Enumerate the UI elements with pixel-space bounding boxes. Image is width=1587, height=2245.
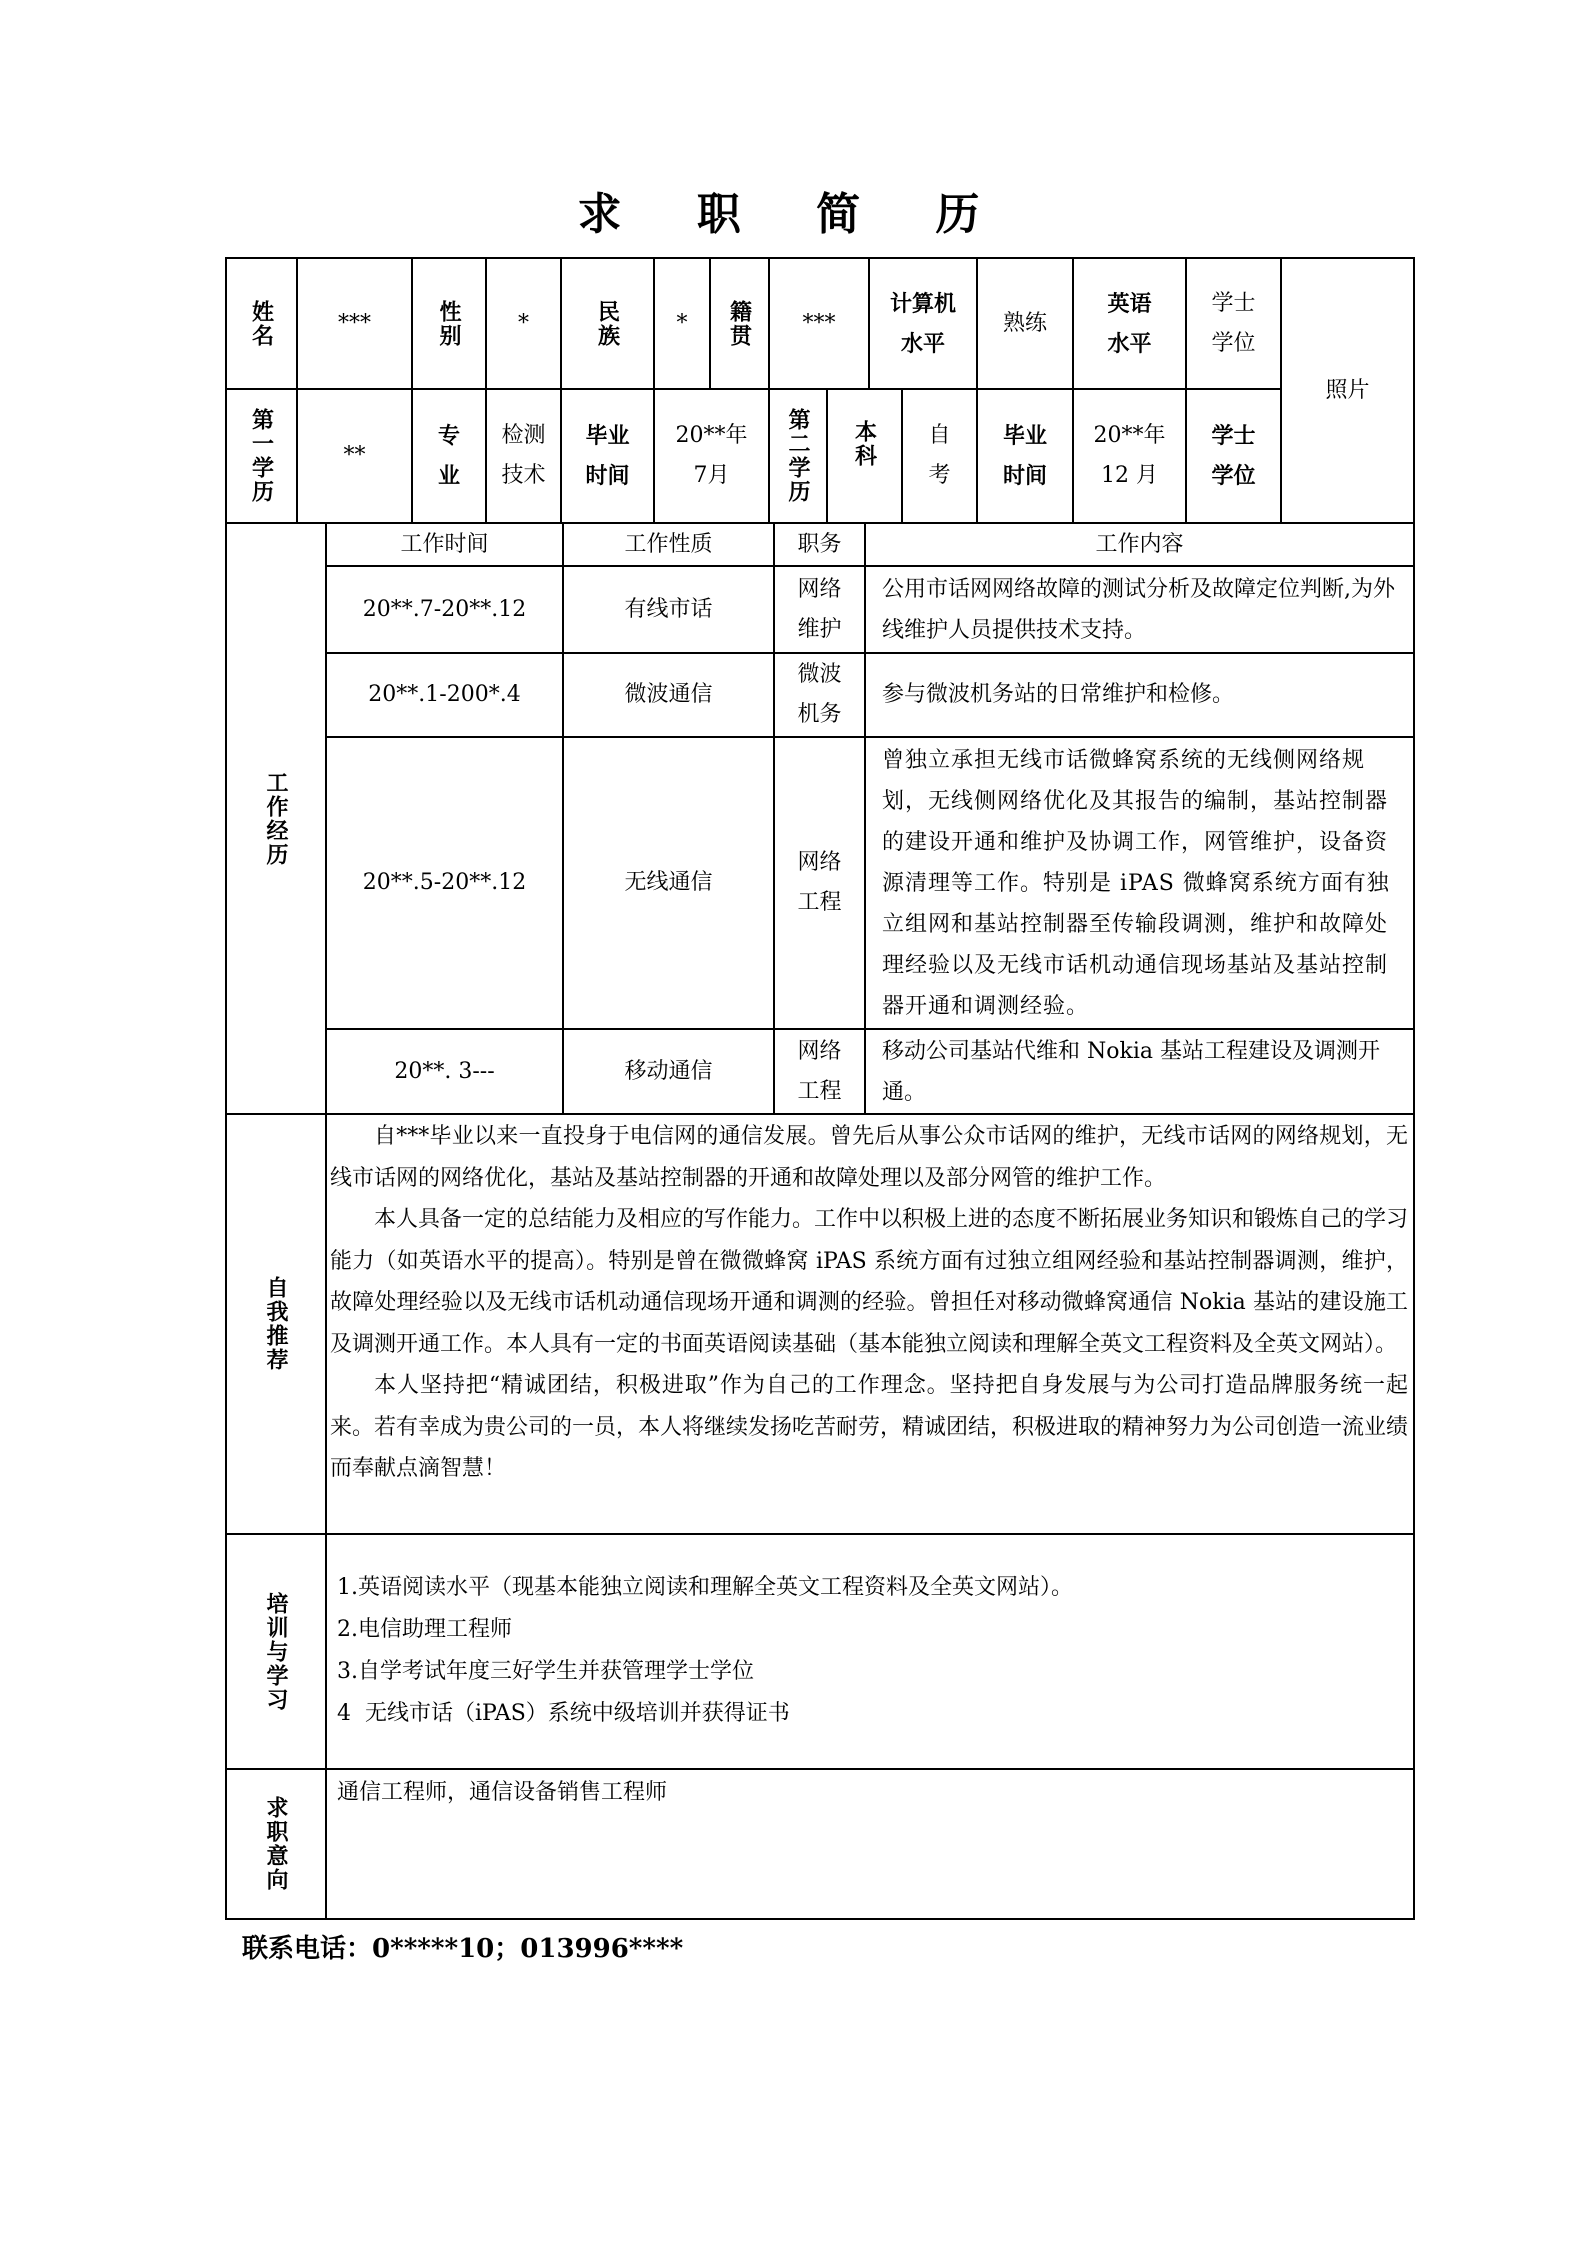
- first-education-value: **: [298, 390, 411, 522]
- degree2-line2: 学位: [1211, 456, 1255, 496]
- header-role: 职务: [775, 524, 864, 565]
- list-item: 4 无线市话（iPAS）系统中级培训并获得证书: [337, 1693, 1407, 1735]
- degree2-line1: 学士: [1211, 416, 1255, 456]
- graduation-time-label: 毕业 时间: [562, 390, 653, 522]
- work-period: 20**.1-200*.4: [327, 654, 562, 736]
- work-nature: 无线通信: [564, 738, 773, 1028]
- header-work-content: 工作内容: [866, 524, 1413, 565]
- gender-label: 性别: [413, 259, 485, 388]
- graduation-time-value: 20**年 7月: [655, 390, 768, 522]
- name-value: ***: [298, 259, 411, 388]
- work-role: 网络工程: [775, 738, 864, 1028]
- job-intention-label: 求职意向: [227, 1770, 325, 1918]
- english-label-line1: 英语: [1107, 284, 1151, 324]
- degree-line1: 学士: [1211, 284, 1255, 324]
- job-intention-value: 通信工程师，通信设备销售工程师: [337, 1772, 1407, 1814]
- computer-label-line2: 水平: [901, 324, 945, 364]
- work-content: 曾独立承担无线市话微蜂窝系统的无线侧网络规划，无线侧网络优化及其报告的编制，基站…: [866, 738, 1413, 1028]
- work-period: 20**.5-20**.12: [327, 738, 562, 1028]
- grad-label-line2: 时间: [585, 456, 629, 496]
- graduation-time-2-value: 20**年 12 月: [1074, 390, 1185, 522]
- list-item: 2.电信助理工程师: [337, 1609, 1407, 1651]
- ethnicity-value: *: [655, 259, 709, 388]
- gender-value: *: [487, 259, 560, 388]
- photo-placeholder: 照片: [1282, 259, 1413, 522]
- major-label: 专 业: [413, 390, 485, 522]
- work-period: 20**.7-20**.12: [327, 567, 562, 652]
- work-nature: 移动通信: [564, 1030, 773, 1113]
- graduation-time-2-label: 毕业 时间: [978, 390, 1072, 522]
- study-mode-line2: 考: [928, 456, 950, 496]
- hometown-label: 籍贯: [711, 259, 768, 388]
- self-recommendation-label: 自我推荐: [227, 1115, 325, 1533]
- list-item: 1.英语阅读水平（现基本能独立阅读和理解全英文工程资料及全英文网站）。: [337, 1567, 1407, 1609]
- second-education-value: 本科: [828, 390, 901, 522]
- english-label-line2: 水平: [1107, 324, 1151, 364]
- paragraph: 本人坚持把“精诚团结，积极进取”作为自己的工作理念。坚持把自身发展与为公司打造品…: [330, 1365, 1408, 1490]
- work-role: 网络工程: [775, 1030, 864, 1113]
- study-mode-line1: 自: [928, 416, 950, 456]
- major-value: 检测 技术: [487, 390, 560, 522]
- grad-value-line2: 7月: [694, 456, 730, 496]
- major-label-line1: 专: [438, 416, 460, 456]
- training-list: 1.英语阅读水平（现基本能独立阅读和理解全英文工程资料及全英文网站）。 2.电信…: [337, 1567, 1407, 1735]
- computer-level-value: 熟练: [978, 259, 1072, 388]
- work-experience-label: 工作经历: [227, 524, 325, 1113]
- header-work-nature: 工作性质: [564, 524, 773, 565]
- grad-value-line1: 20**年: [676, 416, 748, 456]
- english-level-label: 英语 水平: [1074, 259, 1185, 388]
- grad2-label-line1: 毕业: [1003, 416, 1047, 456]
- paragraph: 自***毕业以来一直投身于电信网的通信发展。曾先后从事公众市话网的维护，无线市话…: [330, 1116, 1408, 1199]
- degree-line2: 学位: [1211, 324, 1255, 364]
- work-nature: 微波通信: [564, 654, 773, 736]
- contact-phone: 联系电话：0*****10；013996****: [242, 1928, 683, 1965]
- header-work-period: 工作时间: [327, 524, 562, 565]
- study-mode: 自 考: [903, 390, 976, 522]
- computer-level-label: 计算机 水平: [870, 259, 976, 388]
- work-content: 公用市话网网络故障的测试分析及故障定位判断,为外线维护人员提供技术支持。: [866, 567, 1413, 652]
- list-item: 3.自学考试年度三好学生并获管理学士学位: [337, 1651, 1407, 1693]
- work-content: 参与微波机务站的日常维护和检修。: [866, 654, 1413, 736]
- self-recommendation-text: 自***毕业以来一直投身于电信网的通信发展。曾先后从事公众市话网的维护，无线市话…: [330, 1116, 1408, 1490]
- english-level-value: 学士 学位: [1187, 259, 1280, 388]
- work-role: 网络维护: [775, 567, 864, 652]
- name-label: 姓名: [227, 259, 296, 388]
- computer-label-line1: 计算机: [890, 284, 956, 324]
- hometown-value: ***: [770, 259, 868, 388]
- second-education-label: 第二学历: [770, 390, 826, 522]
- work-content: 移动公司基站代维和 Nokia 基站工程建设及调测开通。: [866, 1030, 1413, 1113]
- grad-label-line1: 毕业: [585, 416, 629, 456]
- first-education-label: 第一学历: [227, 390, 296, 522]
- degree-2: 学士 学位: [1187, 390, 1280, 522]
- ethnicity-label: 民族: [562, 259, 653, 388]
- training-label: 培训与学习: [227, 1535, 325, 1768]
- work-nature: 有线市话: [564, 567, 773, 652]
- grad2-value-line1: 20**年: [1094, 416, 1166, 456]
- major-value-line2: 技术: [501, 456, 545, 496]
- work-role: 微波机务: [775, 654, 864, 736]
- major-label-line2: 业: [438, 456, 460, 496]
- work-period: 20**. 3---: [327, 1030, 562, 1113]
- grad2-value-line2: 12 月: [1101, 456, 1158, 496]
- paragraph: 本人具备一定的总结能力及相应的写作能力。工作中以积极上进的态度不断拓展业务知识和…: [330, 1199, 1408, 1365]
- page-title: 求 职 简 历: [0, 178, 1587, 242]
- major-value-line1: 检测: [501, 416, 545, 456]
- grad2-label-line2: 时间: [1003, 456, 1047, 496]
